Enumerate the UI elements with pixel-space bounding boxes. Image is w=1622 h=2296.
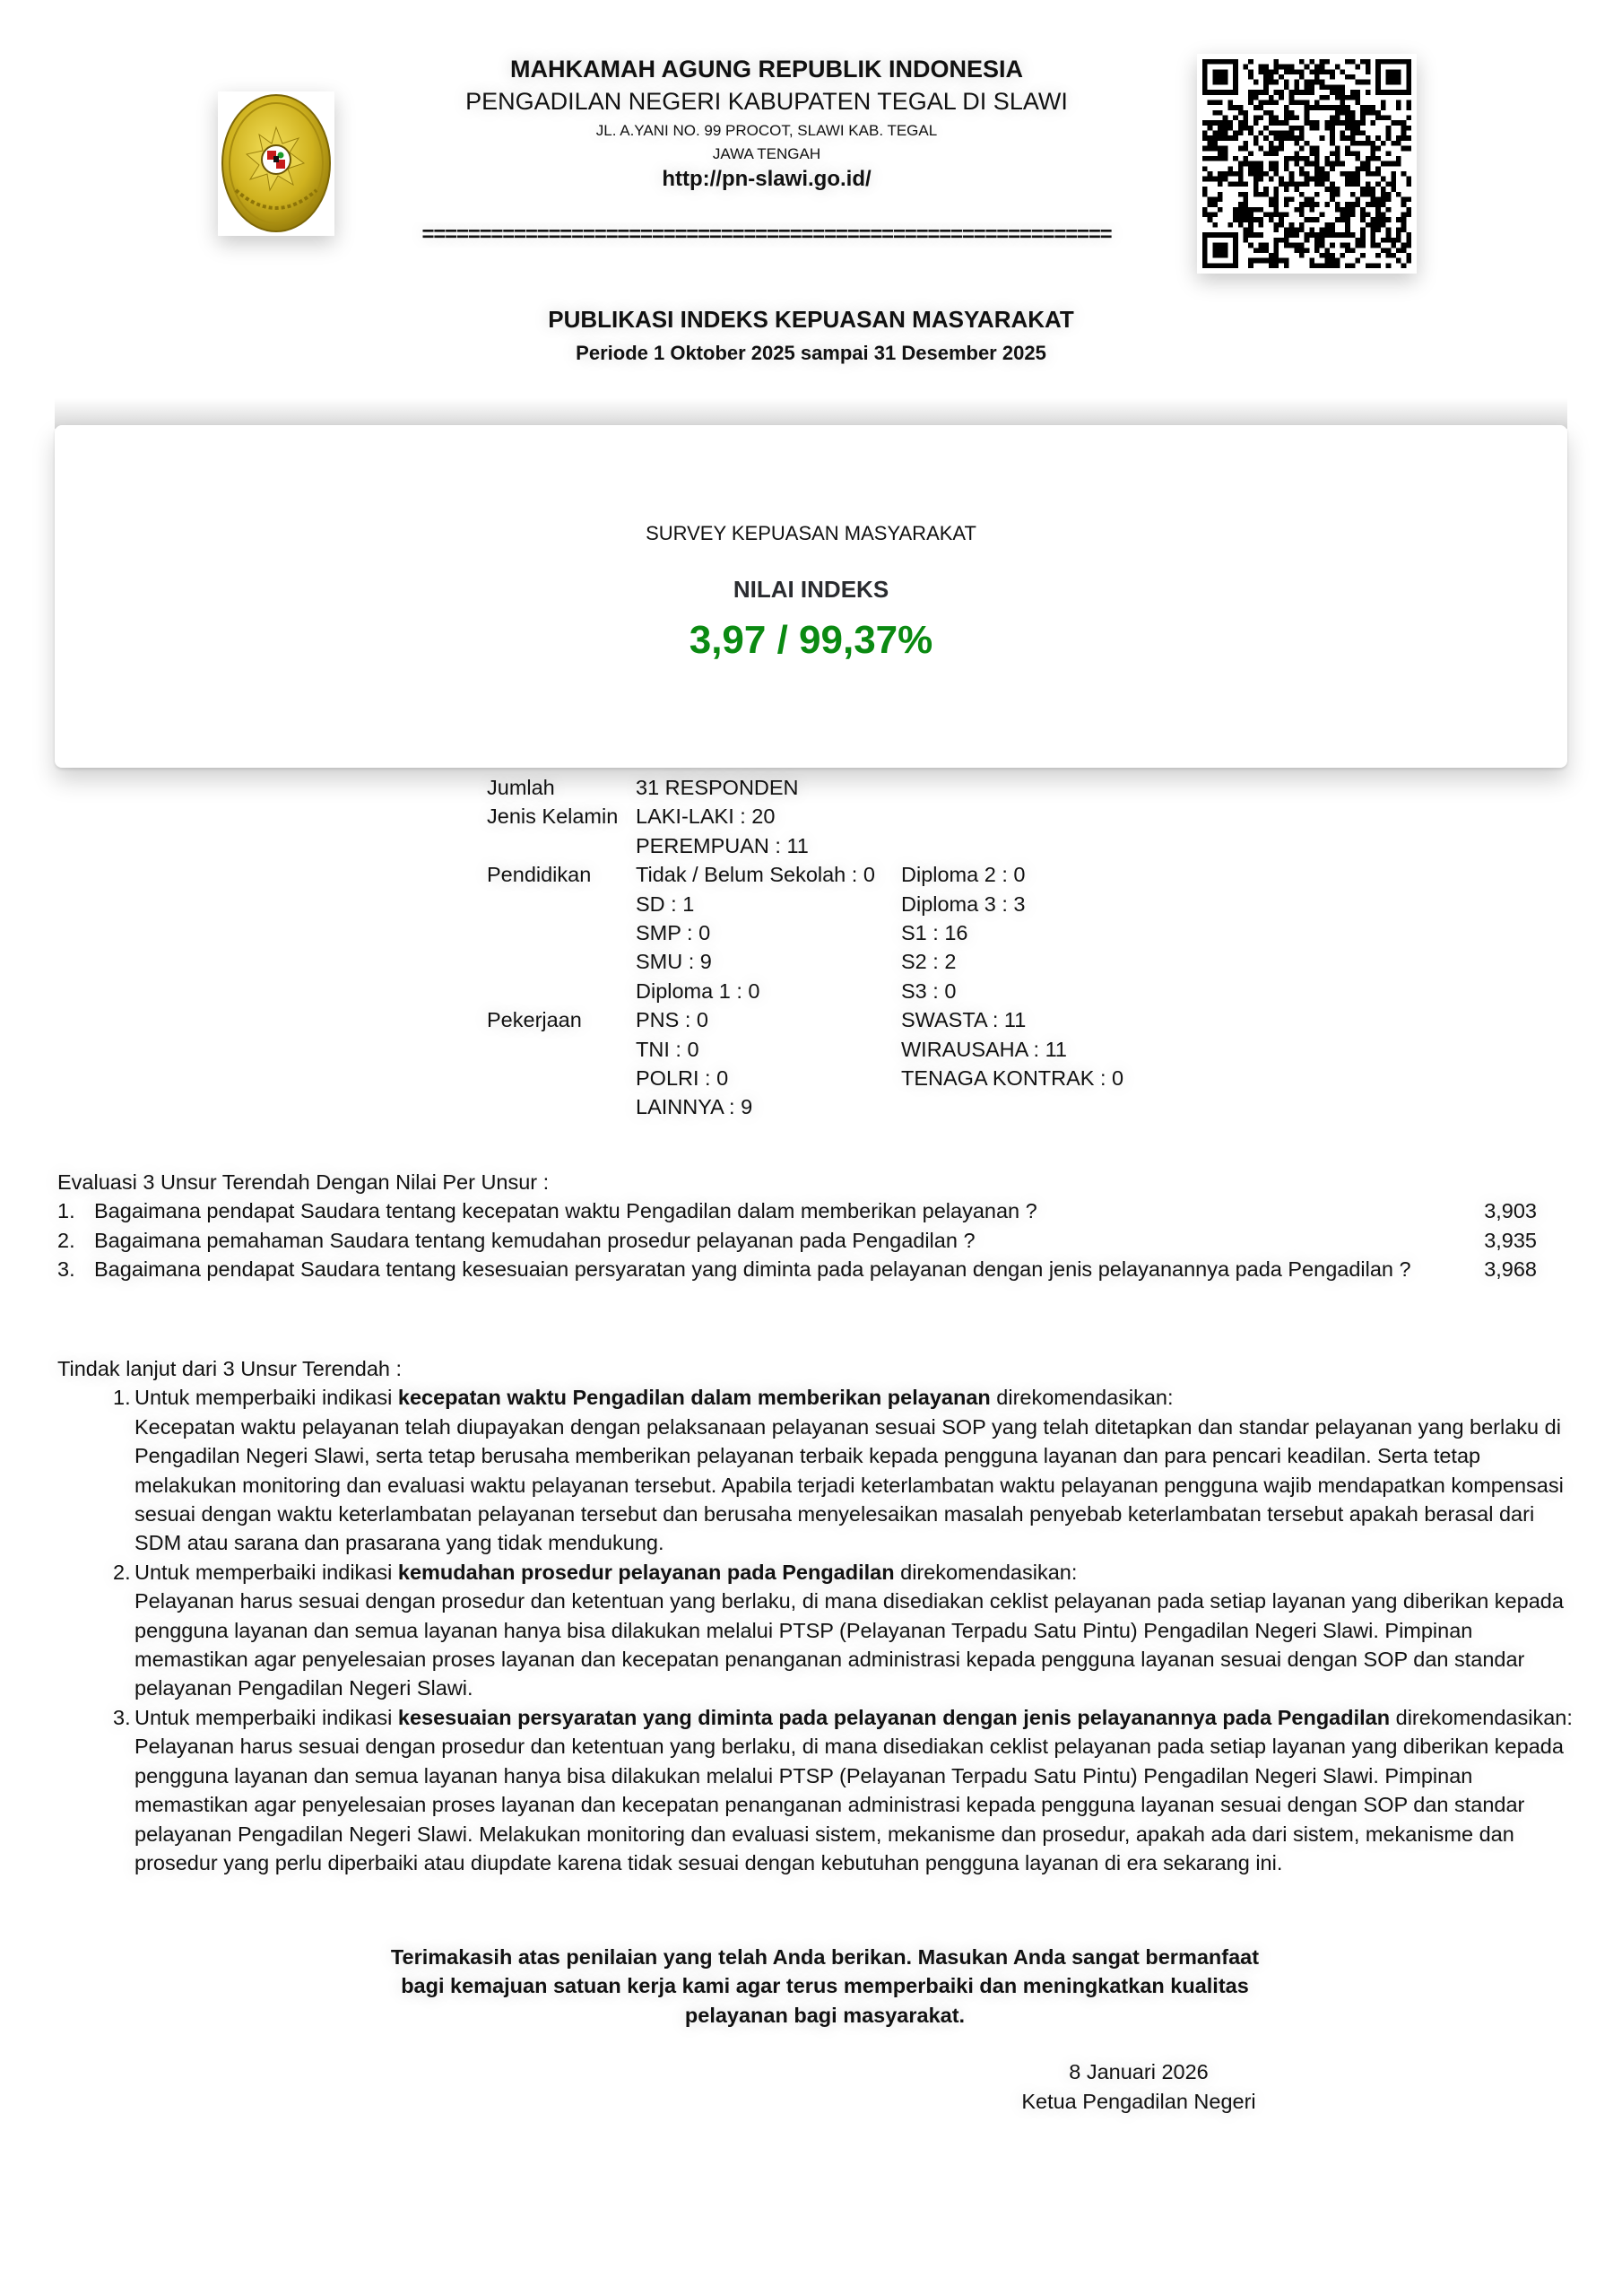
demographic-value bbox=[901, 831, 1123, 860]
demographic-label bbox=[487, 831, 636, 860]
follow-up-prefix: Untuk memperbaiki indikasi bbox=[134, 1386, 398, 1409]
institution-title: MAHKAMAH AGUNG REPUBLIK INDONESIA bbox=[359, 56, 1175, 83]
evaluation-score: 3,935 bbox=[1484, 1226, 1537, 1255]
demographics-row: SMP : 0S1 : 16 bbox=[487, 918, 1123, 947]
demographics-row: PEREMPUAN : 11 bbox=[487, 831, 1123, 860]
index-label: NILAI INDEKS bbox=[55, 576, 1567, 604]
signatory-title: Ketua Pengadilan Negeri bbox=[968, 2087, 1309, 2117]
demographic-value: Diploma 3 : 3 bbox=[901, 890, 1123, 918]
follow-up-number: 1. bbox=[113, 1383, 134, 1557]
demographic-value: 31 RESPONDEN bbox=[636, 773, 901, 802]
demographic-label: Pendidikan bbox=[487, 860, 636, 889]
demographic-value bbox=[901, 1092, 1123, 1121]
demographics-row: TNI : 0WIRAUSAHA : 11 bbox=[487, 1035, 1123, 1064]
thank-you-message: Terimakasih atas penilaian yang telah An… bbox=[377, 1943, 1273, 2030]
survey-label: SURVEY KEPUASAN MASYARAKAT bbox=[55, 522, 1567, 545]
follow-up-text: Pelayanan harus sesuai dengan prosedur d… bbox=[134, 1587, 1582, 1703]
demographic-value: SWASTA : 11 bbox=[901, 1005, 1123, 1034]
demographic-label bbox=[487, 890, 636, 918]
follow-up-indicator: kesesuaian persyaratan yang diminta pada… bbox=[398, 1706, 1390, 1729]
evaluation-section: Evaluasi 3 Unsur Terendah Dengan Nilai P… bbox=[57, 1168, 1537, 1284]
mahkamah-agung-emblem-icon bbox=[218, 91, 334, 236]
evaluation-question: Bagaimana pendapat Saudara tentang kecep… bbox=[94, 1196, 1430, 1225]
demographic-value: S1 : 16 bbox=[901, 918, 1123, 947]
demographic-value bbox=[901, 773, 1123, 802]
follow-up-number: 2. bbox=[113, 1558, 134, 1703]
address-line-1: JL. A.YANI NO. 99 PROCOT, SLAWI KAB. TEG… bbox=[359, 122, 1175, 140]
follow-up-suffix: direkomendasikan: bbox=[1390, 1706, 1573, 1729]
follow-up-heading: Tindak lanjut dari 3 Unsur Terendah : bbox=[57, 1354, 1582, 1383]
demographic-value: LAINNYA : 9 bbox=[636, 1092, 901, 1121]
demographic-value: LAKI-LAKI : 20 bbox=[636, 802, 901, 831]
qr-code bbox=[1197, 54, 1417, 274]
card-shadow bbox=[55, 398, 1567, 429]
demographic-label bbox=[487, 1035, 636, 1064]
demographic-value: Diploma 2 : 0 bbox=[901, 860, 1123, 889]
evaluation-number: 1. bbox=[57, 1196, 94, 1225]
follow-up-list: 1.Untuk memperbaiki indikasi kecepatan w… bbox=[57, 1383, 1582, 1877]
follow-up-body: Untuk memperbaiki indikasi kecepatan wak… bbox=[134, 1383, 1582, 1557]
qr-code-icon bbox=[1202, 59, 1411, 268]
follow-up-item: 1.Untuk memperbaiki indikasi kecepatan w… bbox=[113, 1383, 1582, 1557]
demographic-label bbox=[487, 977, 636, 1005]
demographic-label bbox=[487, 1064, 636, 1092]
follow-up-indicator: kemudahan prosedur pelayanan pada Pengad… bbox=[398, 1561, 895, 1584]
follow-up-section: Tindak lanjut dari 3 Unsur Terendah : 1.… bbox=[57, 1354, 1582, 1877]
evaluation-question: Bagaimana pendapat Saudara tentang keses… bbox=[94, 1255, 1430, 1283]
demographic-value: WIRAUSAHA : 11 bbox=[901, 1035, 1123, 1064]
evaluation-item: 3.Bagaimana pendapat Saudara tentang kes… bbox=[57, 1255, 1537, 1283]
signature-block: 8 Januari 2026 Ketua Pengadilan Negeri bbox=[968, 2057, 1309, 2117]
follow-up-recommendation: Untuk memperbaiki indikasi kemudahan pro… bbox=[134, 1558, 1582, 1587]
demographic-value: S2 : 2 bbox=[901, 947, 1123, 976]
follow-up-text: Kecepatan waktu pelayanan telah diupayak… bbox=[134, 1413, 1582, 1558]
demographics-row: PekerjaanPNS : 0SWASTA : 11 bbox=[487, 1005, 1123, 1034]
header-divider: ========================================… bbox=[359, 222, 1175, 248]
demographic-value bbox=[901, 802, 1123, 831]
demographic-value: SMP : 0 bbox=[636, 918, 901, 947]
demographic-value: S3 : 0 bbox=[901, 977, 1123, 1005]
evaluation-question: Bagaimana pemahaman Saudara tentang kemu… bbox=[94, 1226, 1430, 1255]
demographics-row: Diploma 1 : 0S3 : 0 bbox=[487, 977, 1123, 1005]
follow-up-prefix: Untuk memperbaiki indikasi bbox=[134, 1561, 398, 1584]
demographic-value: PNS : 0 bbox=[636, 1005, 901, 1034]
follow-up-suffix: direkomendasikan: bbox=[991, 1386, 1174, 1409]
demographic-label bbox=[487, 947, 636, 976]
follow-up-recommendation: Untuk memperbaiki indikasi kesesuaian pe… bbox=[134, 1703, 1582, 1732]
follow-up-recommendation: Untuk memperbaiki indikasi kecepatan wak… bbox=[134, 1383, 1582, 1412]
court-name: PENGADILAN NEGERI KABUPATEN TEGAL DI SLA… bbox=[359, 88, 1175, 116]
respondent-demographics: Jumlah31 RESPONDENJenis KelaminLAKI-LAKI… bbox=[487, 773, 1123, 1122]
demographic-label: Jumlah bbox=[487, 773, 636, 802]
publication-title: PUBLIKASI INDEKS KEPUASAN MASYARAKAT bbox=[0, 306, 1622, 334]
demographic-value: SMU : 9 bbox=[636, 947, 901, 976]
evaluation-number: 2. bbox=[57, 1226, 94, 1255]
demographic-value: SD : 1 bbox=[636, 890, 901, 918]
evaluation-item: 2.Bagaimana pemahaman Saudara tentang ke… bbox=[57, 1226, 1537, 1255]
follow-up-body: Untuk memperbaiki indikasi kesesuaian pe… bbox=[134, 1703, 1582, 1877]
index-value: 3,97 / 99,37% bbox=[55, 618, 1567, 663]
demographic-value: POLRI : 0 bbox=[636, 1064, 901, 1092]
demographics-row: SMU : 9S2 : 2 bbox=[487, 947, 1123, 976]
demographics-row: PendidikanTidak / Belum Sekolah : 0Diplo… bbox=[487, 860, 1123, 889]
demographic-label bbox=[487, 1092, 636, 1121]
evaluation-number: 3. bbox=[57, 1255, 94, 1283]
signature-date: 8 Januari 2026 bbox=[968, 2057, 1309, 2087]
follow-up-number: 3. bbox=[113, 1703, 134, 1877]
follow-up-body: Untuk memperbaiki indikasi kemudahan pro… bbox=[134, 1558, 1582, 1703]
evaluation-item: 1.Bagaimana pendapat Saudara tentang kec… bbox=[57, 1196, 1537, 1225]
follow-up-prefix: Untuk memperbaiki indikasi bbox=[134, 1706, 398, 1729]
evaluation-score: 3,968 bbox=[1484, 1255, 1537, 1283]
evaluation-heading: Evaluasi 3 Unsur Terendah Dengan Nilai P… bbox=[57, 1168, 1537, 1196]
demographic-label bbox=[487, 918, 636, 947]
evaluation-list: 1.Bagaimana pendapat Saudara tentang kec… bbox=[57, 1196, 1537, 1283]
evaluation-score: 3,903 bbox=[1484, 1196, 1537, 1225]
address-line-2: JAWA TENGAH bbox=[359, 145, 1175, 163]
follow-up-indicator: kecepatan waktu Pengadilan dalam memberi… bbox=[398, 1386, 991, 1409]
follow-up-text: Pelayanan harus sesuai dengan prosedur d… bbox=[134, 1732, 1582, 1877]
demographic-label: Pekerjaan bbox=[487, 1005, 636, 1034]
demographic-value: Diploma 1 : 0 bbox=[636, 977, 901, 1005]
demographic-value: Tidak / Belum Sekolah : 0 bbox=[636, 860, 901, 889]
demographic-label: Jenis Kelamin bbox=[487, 802, 636, 831]
follow-up-item: 2.Untuk memperbaiki indikasi kemudahan p… bbox=[113, 1558, 1582, 1703]
court-emblem-logo bbox=[218, 91, 334, 236]
demographic-value: TNI : 0 bbox=[636, 1035, 901, 1064]
index-card: SURVEY KEPUASAN MASYARAKAT NILAI INDEKS … bbox=[55, 425, 1567, 768]
demographics-row: POLRI : 0TENAGA KONTRAK : 0 bbox=[487, 1064, 1123, 1092]
demographics-row: SD : 1Diploma 3 : 3 bbox=[487, 890, 1123, 918]
website-link[interactable]: http://pn-slawi.go.id/ bbox=[359, 167, 1175, 192]
demographics-row: LAINNYA : 9 bbox=[487, 1092, 1123, 1121]
demographics-table: Jumlah31 RESPONDENJenis KelaminLAKI-LAKI… bbox=[487, 773, 1123, 1122]
follow-up-suffix: direkomendasikan: bbox=[895, 1561, 1078, 1584]
follow-up-item: 3.Untuk memperbaiki indikasi kesesuaian … bbox=[113, 1703, 1582, 1877]
demographics-row: Jenis KelaminLAKI-LAKI : 20 bbox=[487, 802, 1123, 831]
demographic-value: PEREMPUAN : 11 bbox=[636, 831, 901, 860]
demographics-row: Jumlah31 RESPONDEN bbox=[487, 773, 1123, 802]
publication-period: Periode 1 Oktober 2025 sampai 31 Desembe… bbox=[0, 342, 1622, 365]
demographic-value: TENAGA KONTRAK : 0 bbox=[901, 1064, 1123, 1092]
